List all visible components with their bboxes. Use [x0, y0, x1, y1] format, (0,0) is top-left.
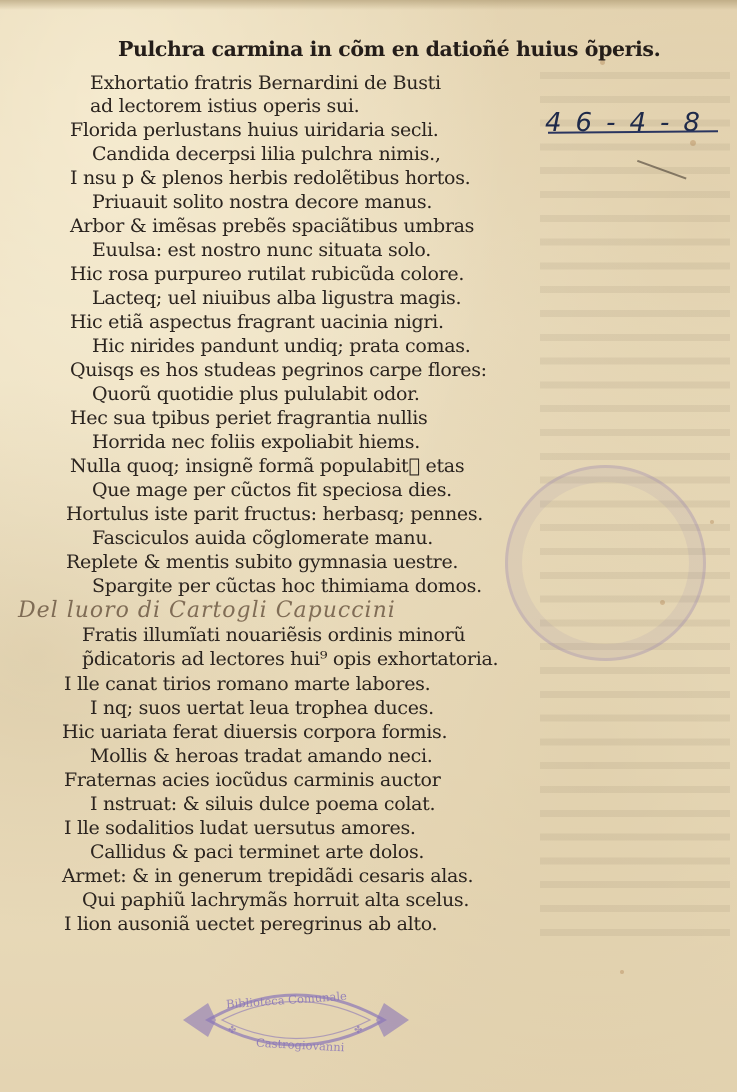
verse-line: Hortulus iste parit fructus: herbasq; pe… [66, 505, 483, 524]
circular-library-stamp [505, 465, 706, 661]
verse-line: Armet: & in generum trepidãdi cesaris al… [62, 867, 473, 886]
verse-line: Spargite per cũctas hoc thimiama domos. [92, 577, 482, 596]
verse-line: Quisqs es hos studeas pegrinos carpe flo… [70, 361, 487, 380]
svg-text:✤: ✤ [354, 1025, 362, 1036]
verse-line: Hec sua tpibus periet fragrantia nullis [70, 409, 427, 428]
handwritten-provenance-note: Del luoro di Cartogli Capuccini [18, 598, 396, 623]
verse-line: Hic rosa purpureo rutilat rubicũda color… [70, 265, 464, 284]
verse-line: Mollis & heroas tradat amando neci. [90, 747, 433, 766]
library-ownership-stamp: ✤ ✤ Biblioteca Comunale Castrogiovanni [178, 975, 414, 1065]
verse-line: Euulsa: est nostro nunc situata solo. [92, 241, 431, 260]
verse-line: Quorũ quotidie plus pululabit odor. [92, 385, 420, 404]
foxing-spot [620, 970, 624, 974]
verse-line: Hic etiã aspectus fragrant uacinia nigri… [70, 313, 444, 332]
verse-line: I nsu p & plenos herbis redolẽtibus hort… [70, 169, 470, 188]
foxing-spot [690, 140, 696, 146]
verse-line: Exhortatio fratris Bernardini de Busti [90, 74, 441, 93]
verse-line: Qui paphiũ lachrymãs horruit alta scelus… [82, 891, 469, 910]
verse-line: Arbor & imẽsas prebẽs spaciãtibus umbras [70, 217, 474, 236]
verse-line: Priuauit solito nostra decore manus. [92, 193, 432, 212]
verse-line: Candida decerpsi lilia pulchra nimis., [92, 145, 441, 164]
verse-line: I lion ausoniã uectet peregrinus ab alto… [64, 915, 437, 934]
verse-line: I lle sodalitios ludat uersutus amores. [64, 819, 416, 838]
verse-line: Replete & mentis subito gymnasia uestre. [66, 553, 458, 572]
verse-line: Callidus & paci terminet arte dolos. [90, 843, 424, 862]
verse-line: Lacteq; uel niuibus alba ligustra magis. [92, 289, 461, 308]
verse-line: I lle canat tirios romano marte labores. [64, 675, 430, 694]
verse-line: Fasciculos auida cõglomerate manu. [92, 529, 433, 548]
verse-line: Hic nirides pandunt undiq; prata comas. [92, 337, 470, 356]
verse-line: ad lectorem istius operis sui. [90, 97, 359, 116]
svg-text:✤: ✤ [228, 1025, 236, 1036]
verse-line: I nstruat: & siluis dulce poema colat. [90, 795, 435, 814]
page-title: Pulchra carmina in cõm en datioñé huius … [118, 37, 660, 61]
verse-line: Que mage per cũctos fit speciosa dies. [92, 481, 452, 500]
verse-line: Florida perlustans huius uiridaria secli… [70, 121, 439, 140]
verse-line: Fratis illumĩati nouariẽsis ordinis mino… [82, 626, 465, 645]
page-top-edge [0, 0, 737, 10]
verse-line: Horrida nec foliis expoliabit hiems. [92, 433, 420, 452]
verse-line: Hic uariata ferat diuersis corpora formi… [62, 723, 447, 742]
verse-line: I nq; suos uertat leua trophea duces. [90, 699, 434, 718]
foxing-spot [710, 520, 714, 524]
verse-line: Fraternas acies iocũdus carminis auctor [64, 771, 440, 790]
verse-line: p̃dicatoris ad lectores hui⁹ opis exhort… [82, 650, 498, 669]
verse-line: Nulla quoq; insignẽ formã populabit᷑ eta… [70, 457, 464, 476]
